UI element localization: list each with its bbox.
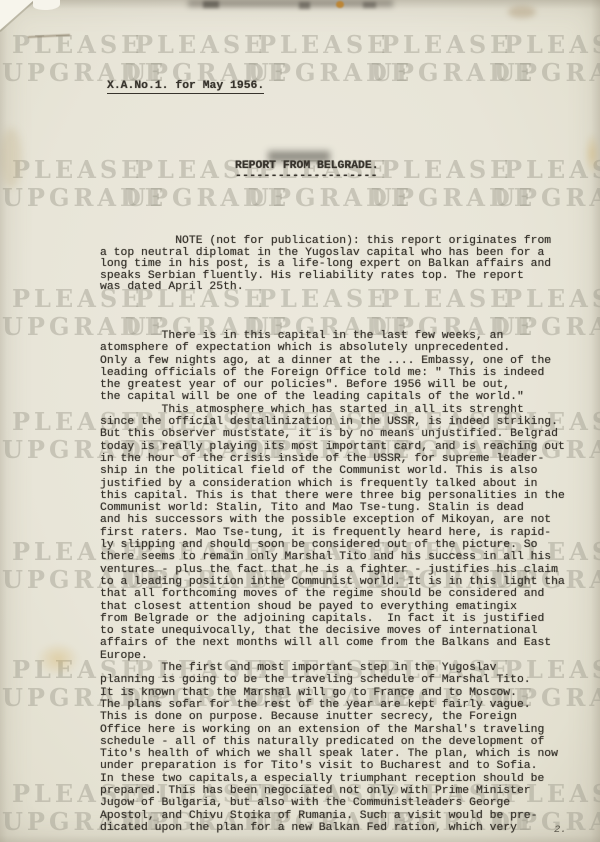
text-line: prepared. This has been negociated not o… <box>100 785 565 797</box>
text-line: the capital will be one of the leading c… <box>100 391 565 403</box>
text-line: affairs of the next months will all come… <box>100 637 565 649</box>
watermark-text: UPGRADE <box>125 186 290 210</box>
text-line: to a leading position inthe Communist wo… <box>100 576 565 588</box>
yellow-stain <box>584 132 600 176</box>
text-line: Communist world: Stalin, Tito and Mao Ts… <box>100 502 565 514</box>
watermark-text: UPGRADE <box>248 61 413 85</box>
document-title-block: REPORT FROM BELGRADE. ------------------… <box>235 160 379 181</box>
text-line: Europe. <box>100 650 565 662</box>
watermark-text: UPGRADE <box>371 61 536 85</box>
torn-notch <box>33 0 60 10</box>
text-line: there seems to remain only Marshal Tito … <box>100 551 565 563</box>
watermark-text: PLEASE <box>381 33 512 57</box>
faint-stain <box>0 128 22 188</box>
text-line: planning is going to be the traveling sc… <box>100 674 565 686</box>
ink-smudge <box>363 2 376 8</box>
text-line: this capital. This is that there were th… <box>100 490 565 502</box>
watermark-text: UPGRADE <box>248 186 413 210</box>
watermark-text: UPGRADE <box>494 61 600 85</box>
scratch-mark <box>28 34 70 38</box>
watermark-text: PLEASE <box>381 158 512 182</box>
text-line: dicated upon the plan for a new Balkan F… <box>100 822 565 834</box>
text-line: This is done on purpose. Because inutter… <box>100 711 565 723</box>
scanned-document-page: PLEASEUPGRADEPLEASEUPGRADEPLEASEUPGRADEP… <box>0 0 600 842</box>
text-line: that closest attention shoud be payed to… <box>100 601 565 613</box>
text-line: leading officials of the Foreign Office … <box>100 367 565 379</box>
watermark-text: PLEASE <box>504 33 600 57</box>
note-paragraph: NOTE (not for publication): this report … <box>100 236 551 294</box>
text-line: The first and most important step in the… <box>100 662 565 674</box>
watermark-text: UPGRADE <box>494 186 600 210</box>
document-reference: X.A.No.1. for May 1956. <box>107 80 264 94</box>
report-body: There is in this capital in the last few… <box>100 330 565 834</box>
text-line: In these two capitals,a especially trium… <box>100 773 565 785</box>
watermark-text: UPGRADE <box>2 186 167 210</box>
watermark-text: PLEASE <box>258 33 389 57</box>
text-line: ventures - plus the fact that he is a fi… <box>100 564 565 576</box>
title-underline: -------------------- <box>235 172 379 181</box>
text-line: in the hour of the crisis inside of the … <box>100 453 565 465</box>
text-line: since the official destalinization in th… <box>100 416 565 428</box>
watermark-text: UPGRADE <box>371 186 536 210</box>
text-line: today is really playing its most importa… <box>100 441 565 453</box>
text-line: Tito's health of which we shall speak la… <box>100 748 565 760</box>
text-line: Only a few nights ago, at a dinner at th… <box>100 355 565 367</box>
ink-smudge <box>299 2 310 9</box>
text-line: This atmosphere which has started in all… <box>100 404 565 416</box>
text-line: The plans sofar for the rest of the year… <box>100 699 565 711</box>
ink-smudge <box>203 1 219 8</box>
yellow-stain <box>36 642 80 676</box>
text-line: justified by a consideration which is fr… <box>100 478 565 490</box>
watermark-text: PLEASE <box>135 33 266 57</box>
text-line: first raters. Mao Tse-tung, it is freque… <box>100 527 565 539</box>
text-line: that all forthcoming moves of the regime… <box>100 588 565 600</box>
brown-stain <box>508 6 536 18</box>
watermark-text: PLEASE <box>12 158 143 182</box>
text-line: It is known that the Marshal will go to … <box>100 687 565 699</box>
text-line: ly slipping and should soon be considere… <box>100 539 565 551</box>
text-line: ship in the political field of the Commu… <box>100 465 565 477</box>
text-line: under preparation is for Tito's visit to… <box>100 760 565 772</box>
text-line: Apostol, and Chivu Stoika of Rumania. Su… <box>100 810 565 822</box>
text-line: and his successors with the possible exc… <box>100 514 565 526</box>
text-line: schedule - all of this naturally predica… <box>100 736 565 748</box>
text-line: There is in this capital in the last few… <box>100 330 565 342</box>
rust-spot <box>336 1 344 8</box>
text-line: Jugow of Bulgaria, but also with the Com… <box>100 797 565 809</box>
torn-corner <box>0 0 34 30</box>
text-line: to state unequivocally, that the decisiv… <box>100 625 565 637</box>
page-number: 2. <box>554 824 567 836</box>
text-line: NOTE (not for publication): this report … <box>100 236 551 248</box>
text-line: from Belgrade or the adjoining capitals.… <box>100 613 565 625</box>
text-line: the greatest year of our policies". Befo… <box>100 379 565 391</box>
text-line: was dated April 25th. <box>100 282 551 294</box>
text-line: atomsphere of expectation which is absol… <box>100 342 565 354</box>
text-line: Office here is working on an extension o… <box>100 724 565 736</box>
text-line: But this observer muststate, it is by no… <box>100 428 565 440</box>
